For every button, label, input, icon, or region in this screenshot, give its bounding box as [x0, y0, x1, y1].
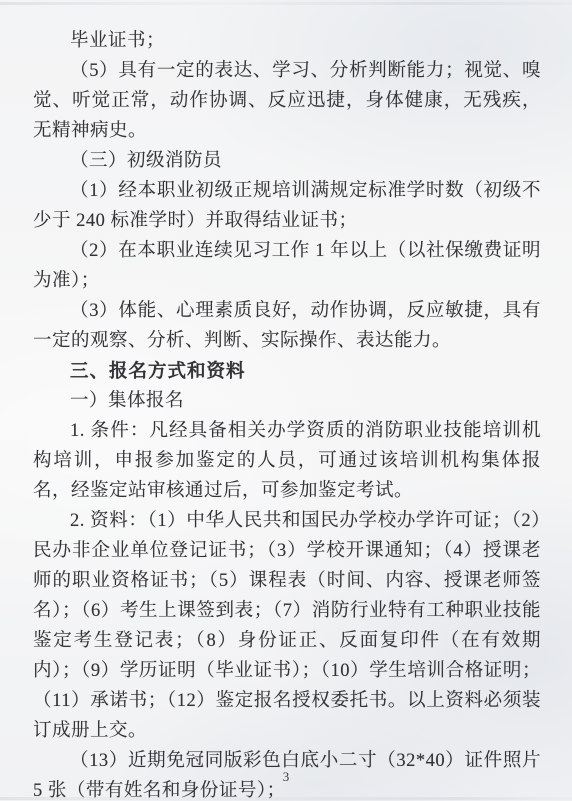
- paragraph-conditions: 1. 条件：凡经具备相关办学资质的消防职业技能培训机构培训，申报参加鉴定的人员，…: [33, 416, 541, 506]
- subheading-group-registration: 一）集体报名: [33, 386, 541, 416]
- subheading-junior-firefighter: （三）初级消防员: [33, 146, 541, 176]
- scanned-document-page: 毕业证书； （5）具有一定的表达、学习、分析判断能力；视觉、嗅觉、听觉正常，动作…: [0, 0, 572, 801]
- paragraph-item1-training-hours: （1）经本职业初级正规培训满规定标准学时数（初级不少于 240 标准学时）并取得…: [33, 176, 541, 236]
- paragraph-graduation-certificate: 毕业证书；: [33, 26, 541, 56]
- paragraph-item2-internship: （2）在本职业连续见习工作 1 年以上（以社保缴费证明为准）；: [33, 236, 541, 296]
- paragraph-item3-fitness: （3）体能、心理素质良好，动作协调，反应敏捷，具有一定的观察、分析、判断、实际操…: [33, 296, 541, 356]
- section-heading-registration-methods: 三、报名方式和资料: [33, 356, 541, 386]
- document-body: 毕业证书； （5）具有一定的表达、学习、分析判断能力；视觉、嗅觉、听觉正常，动作…: [33, 26, 541, 801]
- paragraph-materials-list: 2. 资料：（1）中华人民共和国民办学校办学许可证；（2）民办非企业单位登记证书…: [33, 506, 541, 746]
- page-number: 3: [0, 769, 572, 785]
- paragraph-item5-abilities: （5）具有一定的表达、学习、分析判断能力；视觉、嗅觉、听觉正常，动作协调、反应迅…: [33, 56, 541, 146]
